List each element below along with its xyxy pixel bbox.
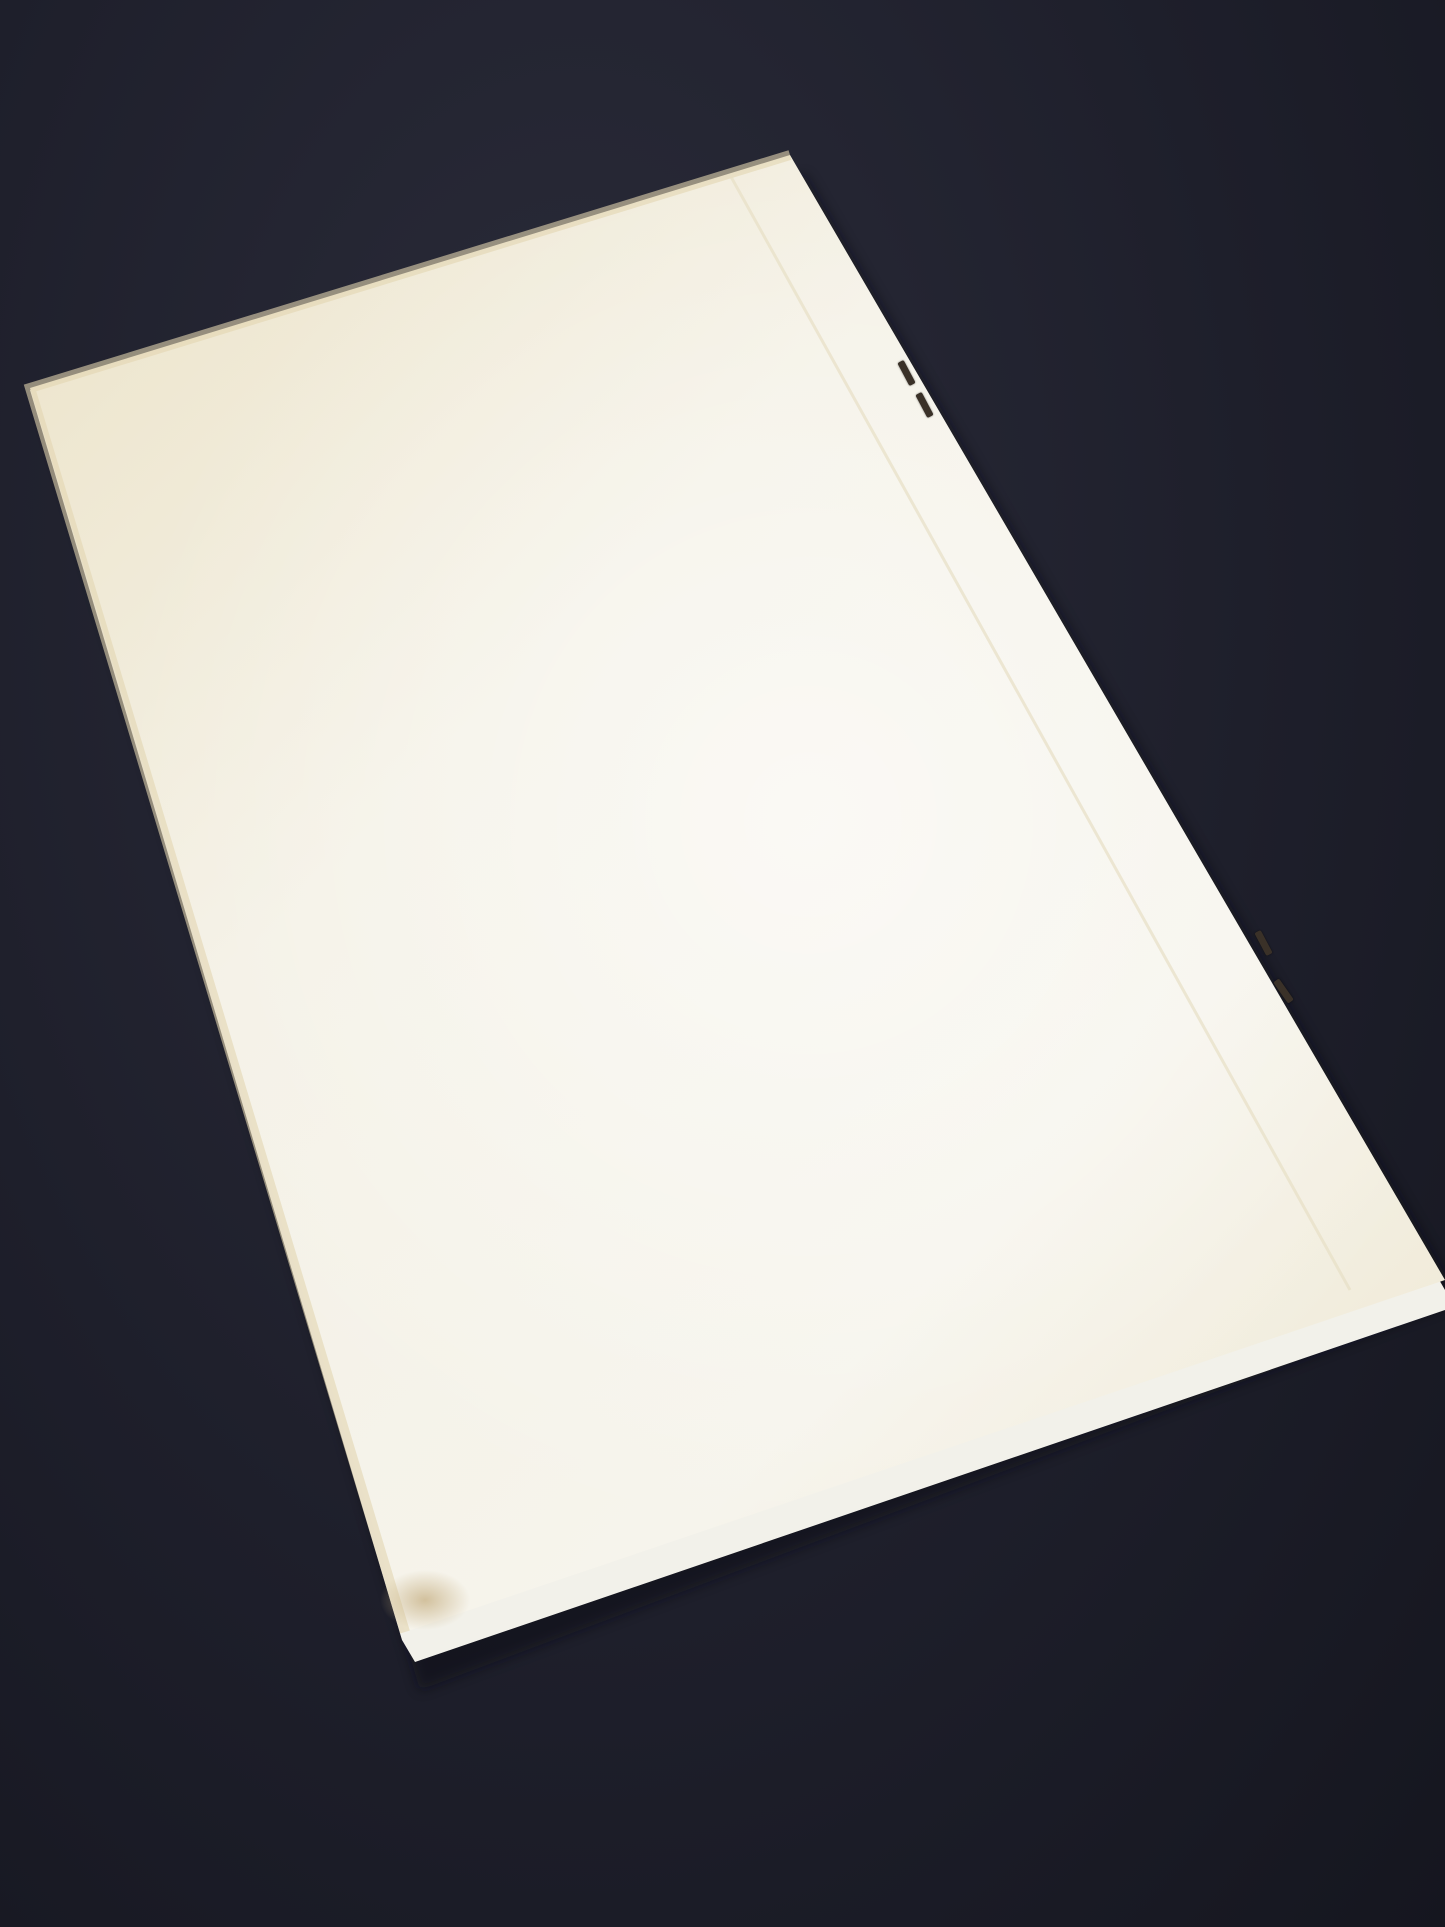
cover-highlight bbox=[30, 155, 1445, 1632]
photo-scene: Blank stapled paper booklet lying at an … bbox=[0, 0, 1445, 1927]
booklet-illustration bbox=[0, 0, 1445, 1927]
corner-stain bbox=[380, 1570, 470, 1630]
